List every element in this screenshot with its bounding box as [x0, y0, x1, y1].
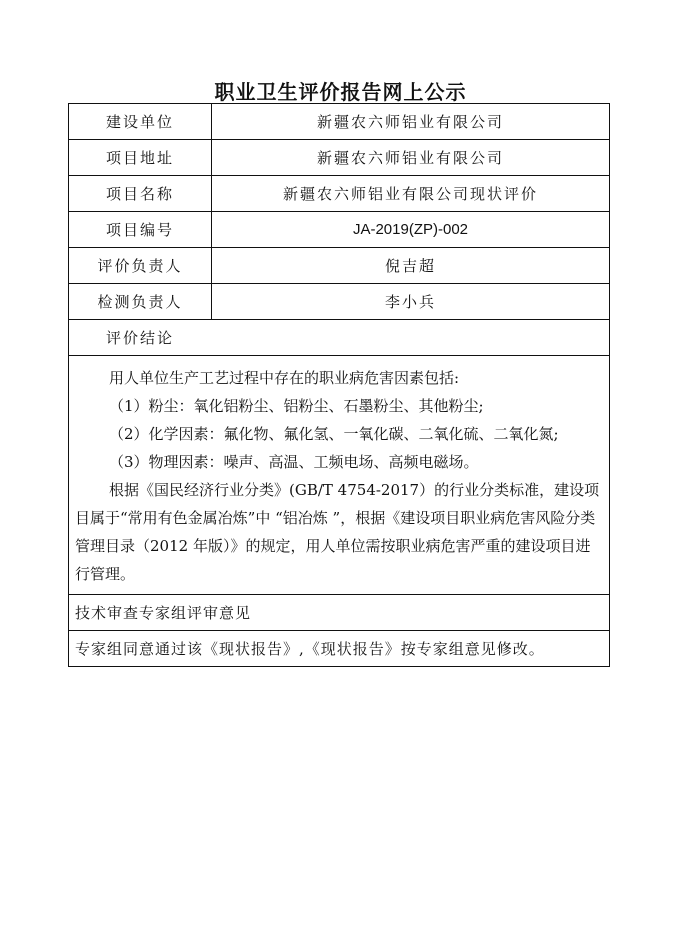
conclusion-body-row: 用人单位生产工艺过程中存在的职业病危害因素包括: （1）粉尘：氧化铝粉尘、铝粉尘…	[69, 356, 610, 595]
report-table: 建设单位 新疆农六师铝业有限公司 项目地址 新疆农六师铝业有限公司 项目名称 新…	[68, 103, 610, 667]
row-label: 项目编号	[69, 212, 212, 248]
row-label: 检测负责人	[69, 284, 212, 320]
hazard-item: （1）粉尘：氧化铝粉尘、铝粉尘、石墨粉尘、其他粉尘;	[75, 392, 603, 420]
row-value: 新疆农六师铝业有限公司现状评价	[212, 176, 610, 212]
row-value: JA-2019(ZP)-002	[212, 212, 610, 248]
table-row: 检测负责人 李小兵	[69, 284, 610, 320]
row-label: 建设单位	[69, 104, 212, 140]
table-row: 项目名称 新疆农六师铝业有限公司现状评价	[69, 176, 610, 212]
table-row: 建设单位 新疆农六师铝业有限公司	[69, 104, 610, 140]
table-row: 评价负责人 倪吉超	[69, 248, 610, 284]
row-label: 评价负责人	[69, 248, 212, 284]
row-value: 倪吉超	[212, 248, 610, 284]
row-value: 新疆农六师铝业有限公司	[212, 140, 610, 176]
review-heading: 技术审查专家组评审意见	[69, 595, 610, 631]
page-title: 职业卫生评价报告网上公示	[0, 76, 681, 105]
review-opinion-row: 专家组同意通过该《现状报告》,《现状报告》按专家组意见修改。	[69, 631, 610, 667]
row-label: 项目名称	[69, 176, 212, 212]
review-opinion: 专家组同意通过该《现状报告》,《现状报告》按专家组意见修改。	[69, 631, 610, 667]
hazard-item: （3）物理因素：噪声、高温、工频电场、高频电磁场。	[75, 448, 603, 476]
row-value: 新疆农六师铝业有限公司	[212, 104, 610, 140]
conclusion-heading: 评价结论	[69, 320, 610, 356]
row-value: 李小兵	[212, 284, 610, 320]
table-row: 项目编号 JA-2019(ZP)-002	[69, 212, 610, 248]
table-row: 项目地址 新疆农六师铝业有限公司	[69, 140, 610, 176]
review-heading-row: 技术审查专家组评审意见	[69, 595, 610, 631]
row-label: 项目地址	[69, 140, 212, 176]
conclusion-heading-row: 评价结论	[69, 320, 610, 356]
conclusion-paragraph: 根据《国民经济行业分类》(GB/T 4754-2017）的行业分类标准，建设项目…	[75, 476, 603, 588]
conclusion-intro: 用人单位生产工艺过程中存在的职业病危害因素包括:	[75, 364, 603, 392]
conclusion-body: 用人单位生产工艺过程中存在的职业病危害因素包括: （1）粉尘：氧化铝粉尘、铝粉尘…	[69, 356, 610, 595]
hazard-item: （2）化学因素：氟化物、氟化氢、一氧化碳、二氧化硫、二氧化氮;	[75, 420, 603, 448]
